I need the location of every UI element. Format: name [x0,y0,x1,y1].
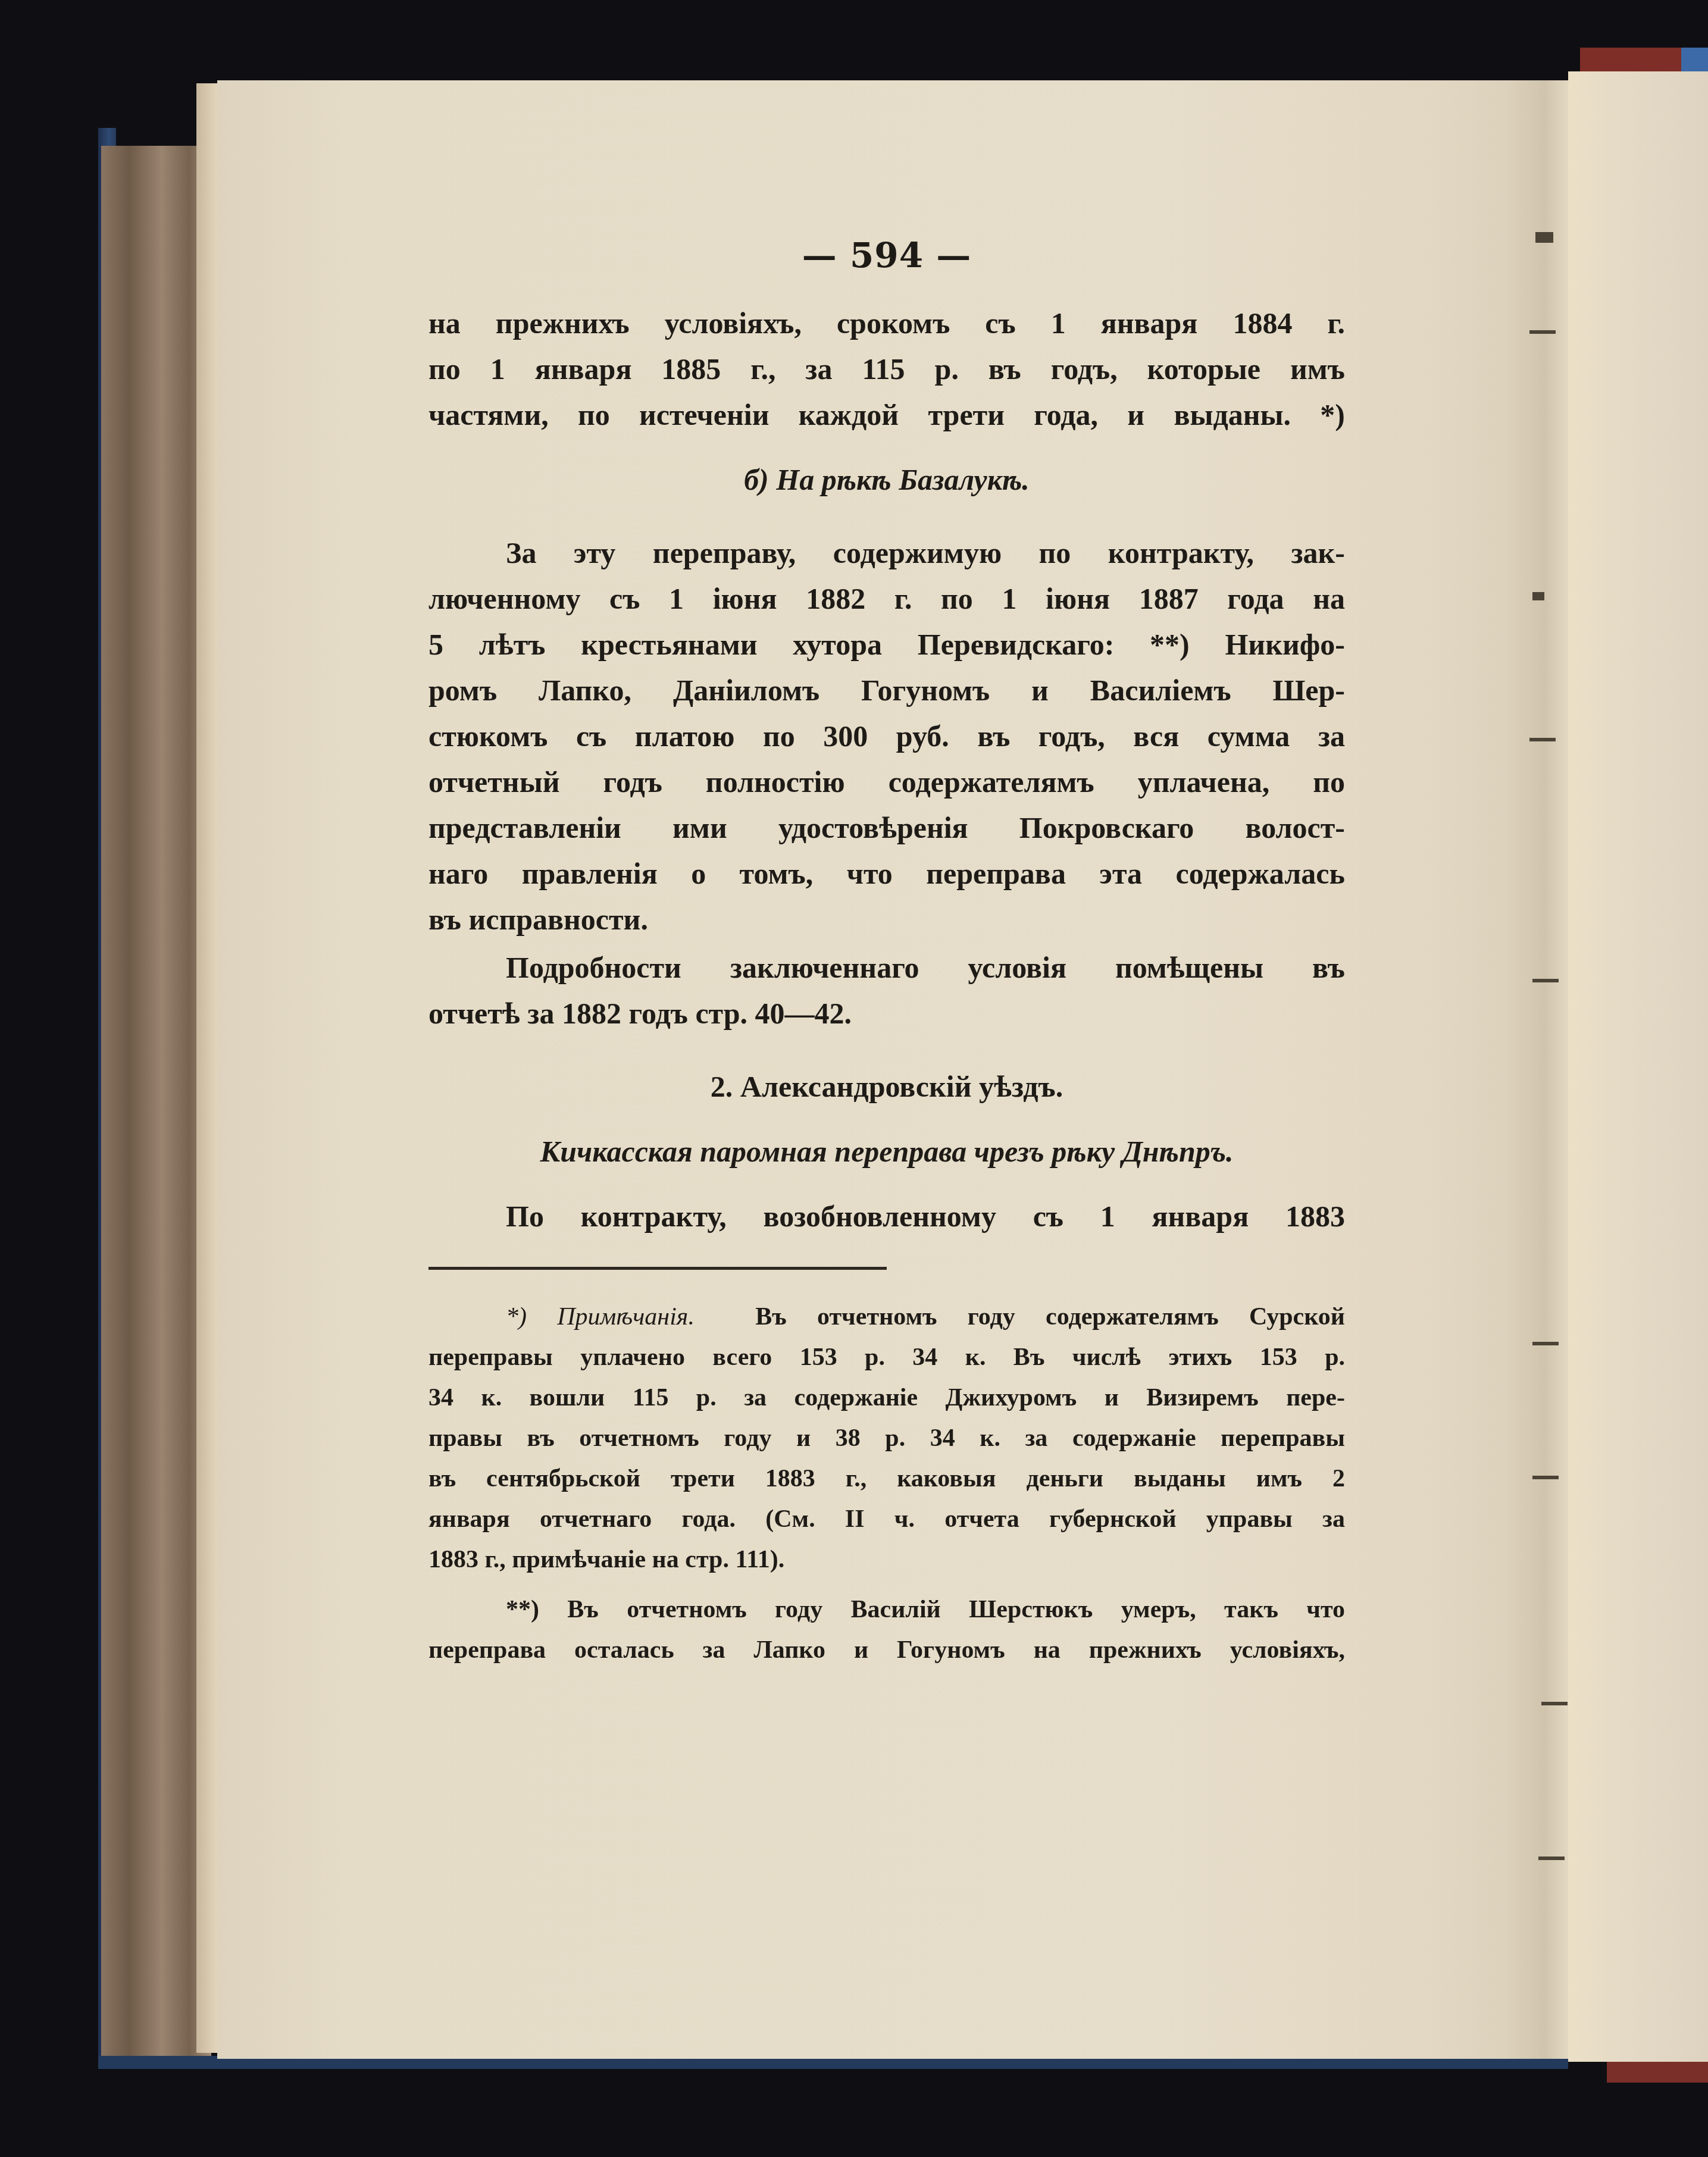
text-line: въ исправности. [428,897,1345,943]
section-heading-b: б) На рѣкѣ Базалукѣ. [428,457,1345,503]
page-edge-lip [196,83,218,2053]
footnote-1: *) Примѣчанія. Въ отчетномъ году содержа… [428,1297,1345,1580]
text-line: По контракту, возобновленному съ 1 январ… [428,1194,1345,1239]
footnote-line: **) Въ отчетномъ году Василій Шерстюкъ у… [428,1589,1345,1630]
paragraph-kichkas: По контракту, возобновленному съ 1 январ… [428,1194,1345,1239]
text-line: представленіи ими удостовѣренія Покровск… [428,805,1345,851]
binding-thread-mark [1532,979,1559,982]
text-line: по 1 января 1885 г., за 115 р. въ годъ, … [428,346,1345,392]
footnote-2: **) Въ отчетномъ году Василій Шерстюкъ у… [428,1589,1345,1670]
footnote-line: правы въ отчетномъ году и 38 р. 34 к. за… [428,1418,1345,1458]
binding-thread-mark [1532,1342,1559,1345]
section-subheading: Кичкасская паромная переправа чрезъ рѣку… [428,1129,1345,1175]
footnote-line: въ сентябрьской трети 1883 г., каковыя д… [428,1458,1345,1499]
book-page-right [1568,71,1708,2062]
footnote-divider [428,1267,887,1270]
book-page-edges [101,146,211,2068]
continuation-paragraph: на прежнихъ условіяхъ, срокомъ съ 1 янва… [428,300,1345,438]
footnote-line: 1883 г., примѣчаніе на стр. 111). [428,1539,1345,1580]
footnote-line: января отчетнаго года. (См. II ч. отчета… [428,1499,1345,1539]
binding-thread-mark [1541,1702,1568,1705]
text-line: ромъ Лапко, Даніиломъ Гогуномъ и Василіе… [428,668,1345,713]
paragraph-bazaluk: За эту переправу, содержимую по контракт… [428,530,1345,943]
footnote-line: переправы уплачено всего 153 р. 34 к. Въ… [428,1337,1345,1378]
text-line: Подробности заключеннаго условія помѣщен… [428,945,1345,991]
binding-thread-mark [1538,1857,1565,1860]
binding-thread-mark [1532,1476,1559,1479]
text-line: отчетный годъ полностію содержателямъ уп… [428,759,1345,805]
footnote-line: *) Примѣчанія. Въ отчетномъ году содержа… [428,1297,1345,1337]
paragraph-details: Подробности заключеннаго условія помѣщен… [428,945,1345,1037]
text-line: отчетѣ за 1882 годъ стр. 40—42. [428,991,1345,1037]
binding-thread-mark [1532,592,1544,600]
text-line: За эту переправу, содержимую по контракт… [428,530,1345,576]
text-line: люченному съ 1 іюня 1882 г. по 1 іюня 18… [428,576,1345,622]
footnote-text: Въ отчетномъ году содержателямъ Сурской [755,1303,1345,1330]
gutter-shadow [1506,80,1571,2059]
section-heading-2: 2. Александровскій уѣздъ. [428,1064,1345,1110]
binding-thread-mark [1529,738,1556,741]
page-number: — 594 — [428,235,1345,283]
text-line: частями, по истеченіи каждой трети года,… [428,392,1345,438]
text-line: наго правленія о томъ, что переправа эта… [428,851,1345,897]
binding-thread-mark [1535,232,1553,243]
text-line: стюкомъ съ платою по 300 руб. въ годъ, в… [428,713,1345,759]
page-text-block: — 594 — на прежнихъ условіяхъ, срокомъ с… [428,235,1345,1670]
footnote-line: переправа осталась за Лапко и Гогуномъ н… [428,1630,1345,1670]
text-line: на прежнихъ условіяхъ, срокомъ съ 1 янва… [428,300,1345,346]
footnote-label: *) Примѣчанія. [506,1303,695,1330]
text-line: 5 лѣтъ крестьянами хутора Перевидскаго: … [428,622,1345,668]
right-cover-top-blue [1681,48,1708,71]
binding-thread-mark [1529,330,1556,334]
footnote-line: 34 к. вошли 115 р. за содержаніе Джихуро… [428,1378,1345,1418]
